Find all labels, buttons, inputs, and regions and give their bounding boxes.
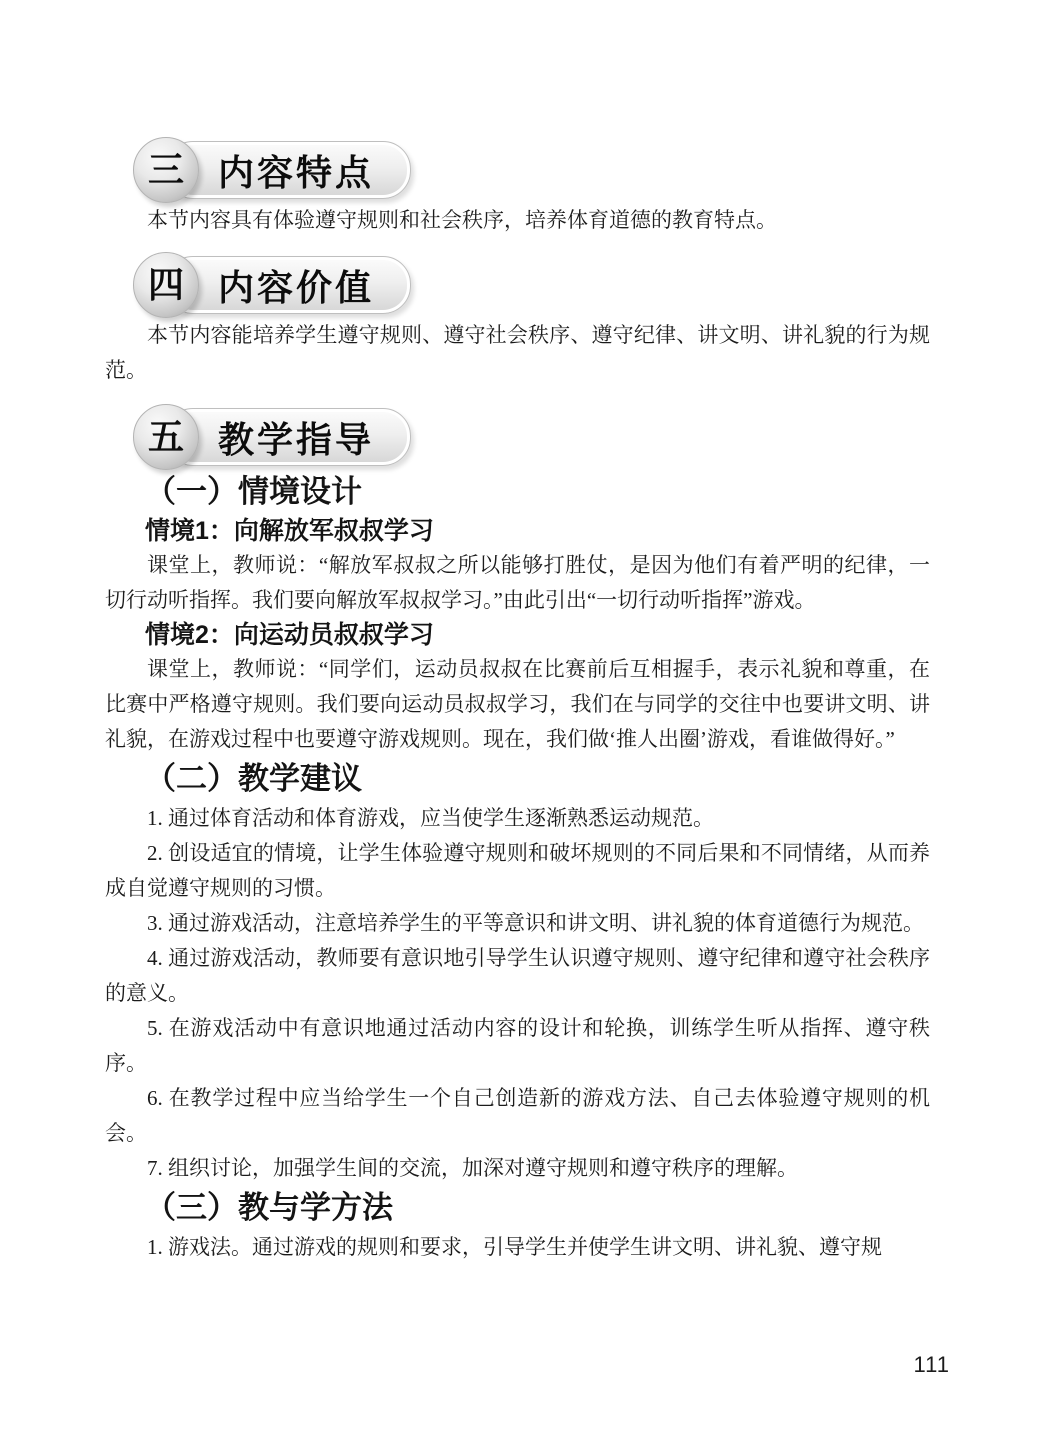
section-header-3: 三 内容特点	[133, 137, 930, 203]
subsection-title-teaching-methods: （三）教与学方法	[145, 1186, 930, 1230]
scenario-1-body: 课堂上，教师说：“解放军叔叔之所以能够打胜仗，是因为他们有着严明的纪律，一切行动…	[105, 548, 930, 618]
suggestion-item-1: 1. 通过体育活动和体育游戏，应当使学生逐渐熟悉运动规范。	[105, 801, 930, 836]
section-header-5: 五 教学指导	[133, 404, 930, 470]
section-3-body: 本节内容具有体验遵守规则和社会秩序，培养体育道德的教育特点。	[105, 203, 930, 238]
suggestion-item-2: 2. 创设适宜的情境，让学生体验遵守规则和破坏规则的不同后果和不同情绪，从而养成…	[105, 836, 930, 906]
scenario-2-body: 课堂上，教师说：“同学们，运动员叔叔在比赛前后互相握手，表示礼貌和尊重，在比赛中…	[105, 652, 930, 757]
suggestion-item-7: 7. 组织讨论，加强学生间的交流，加深对遵守规则和遵守秩序的理解。	[105, 1151, 930, 1186]
section-number-badge: 三	[133, 137, 199, 203]
subsection-title-scenario-design: （一）情境设计	[145, 470, 930, 514]
section-title: 教学指导	[218, 412, 374, 463]
section-header-4: 四 内容价值	[133, 252, 930, 318]
section-title: 内容价值	[218, 260, 374, 311]
suggestion-item-3: 3. 通过游戏活动，注意培养学生的平等意识和讲文明、讲礼貌的体育道德行为规范。	[105, 906, 930, 941]
section-title-pill: 内容价值	[165, 256, 411, 314]
scenario-2-heading: 情境2：向运动员叔叔学习	[145, 618, 930, 652]
scenario-1-heading: 情境1：向解放军叔叔学习	[145, 514, 930, 548]
section-number: 四	[148, 267, 184, 303]
section-title-pill: 内容特点	[165, 141, 411, 199]
section-title: 内容特点	[218, 145, 374, 196]
section-number: 三	[148, 152, 184, 188]
section-number-badge: 四	[133, 252, 199, 318]
document-page: 三 内容特点 本节内容具有体验遵守规则和社会秩序，培养体育道德的教育特点。 四 …	[0, 0, 1038, 1265]
section-number: 五	[148, 419, 184, 455]
suggestion-item-4: 4. 通过游戏活动，教师要有意识地引导学生认识遵守规则、遵守纪律和遵守社会秩序的…	[105, 941, 930, 1011]
page-number: 111	[914, 1352, 950, 1378]
section-title-pill: 教学指导	[165, 408, 411, 466]
section-4-body: 本节内容能培养学生遵守规则、遵守社会秩序、遵守纪律、讲文明、讲礼貌的行为规范。	[105, 318, 930, 388]
section-number-badge: 五	[133, 404, 199, 470]
suggestion-item-5: 5. 在游戏活动中有意识地通过活动内容的设计和轮换，训练学生听从指挥、遵守秩序。	[105, 1011, 930, 1081]
subsection-title-teaching-suggestions: （二）教学建议	[145, 757, 930, 801]
suggestion-item-6: 6. 在教学过程中应当给学生一个自己创造新的游戏方法、自己去体验遵守规则的机会。	[105, 1081, 930, 1151]
method-item-1: 1. 游戏法。通过游戏的规则和要求，引导学生并使学生讲文明、讲礼貌、遵守规	[105, 1230, 930, 1265]
